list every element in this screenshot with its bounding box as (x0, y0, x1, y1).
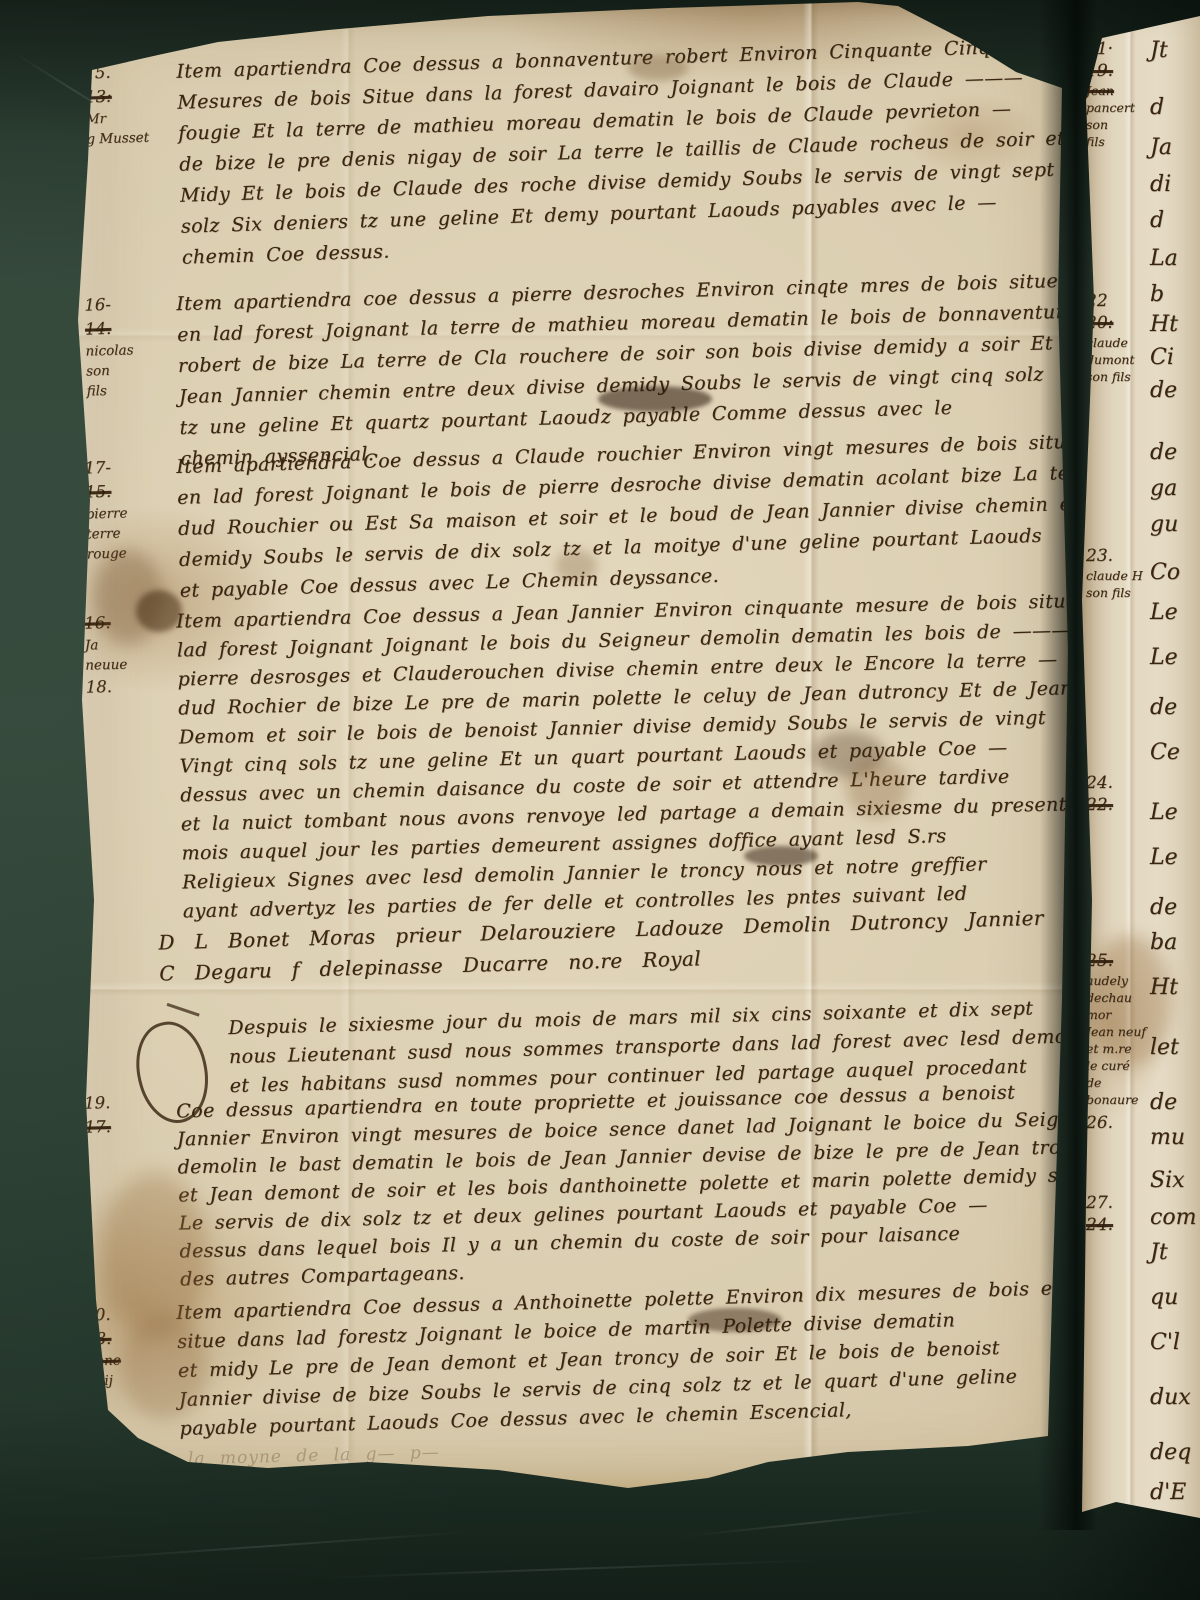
margin-note: 15. (84, 59, 175, 86)
margin-notes: 26. (1086, 1112, 1156, 1134)
cutoff-text-fragment: de (1150, 440, 1177, 465)
margin-note: 16- (84, 291, 175, 317)
margin-notes: 16.Janeuue18. (84, 610, 176, 700)
table-scratch (681, 1508, 940, 1537)
margin-note: son fils (1086, 584, 1156, 601)
margin-notes: 24.22. (1086, 772, 1156, 816)
margin-note: fils (86, 379, 176, 401)
margin-note: neuue (85, 654, 175, 676)
cutoff-text-fragment: Ci (1150, 345, 1174, 370)
margin-note: 22 (1086, 290, 1156, 312)
margin-note: Anne (85, 1349, 176, 1372)
manuscript-page-content: 15.13:Mrg MussetItem apartiendra Coe des… (68, 0, 1072, 1497)
cutoff-text-fragment: d (1150, 95, 1164, 120)
cutoff-text-fragment: de (1150, 378, 1177, 403)
cutoff-text-fragment: d (1150, 208, 1164, 233)
margin-notes: 17-15.pierreterrerouge (84, 454, 177, 564)
margin-note: Mr (85, 107, 176, 130)
cutoff-text-fragment: deq (1150, 1440, 1191, 1465)
entry-body: Item apartiendra Coe dessus a Jean Janni… (176, 587, 1079, 926)
margin-note: Mlij (86, 1369, 177, 1392)
manuscript-page: 15.13:Mrg MussetItem apartiendra Coe des… (68, 0, 1072, 1497)
cutoff-text-fragment: di (1150, 172, 1171, 197)
margin-note: et m.re (1086, 1040, 1156, 1057)
margin-note: terre (86, 522, 177, 545)
margin-notes: 27.24. (1086, 1192, 1156, 1236)
cutoff-text-fragment: dux (1150, 1385, 1191, 1410)
cutoff-text-fragment: let (1150, 1035, 1179, 1060)
margin-note: 20. (84, 1301, 175, 1328)
margin-note: 20: (1086, 312, 1156, 334)
manuscript-entry: 19.17.Coe dessus apartiendra en toute pr… (68, 1077, 1076, 1296)
margin-note: claude H (1086, 567, 1156, 584)
margin-notes: 25.audelydechau morJean neufet m.rele cu… (1086, 950, 1156, 1108)
margin-note: 15. (85, 478, 176, 505)
margin-note: fils (1086, 133, 1156, 150)
margin-note: 14. (85, 315, 176, 341)
cutoff-text-fragment: gu (1150, 512, 1178, 537)
cutoff-text-fragment: qu (1150, 1285, 1178, 1310)
margin-note: 24. (1086, 1214, 1156, 1236)
manuscript-entry: 20.18.AnneMlijItem apartiendra Coe dessu… (68, 1274, 1076, 1447)
margin-note: Ja (85, 634, 175, 656)
cutoff-text-fragment: com (1150, 1205, 1196, 1230)
margin-note: pierre (85, 502, 176, 525)
entry-body: Item apartiendra Coe dessus a Anthoinett… (176, 1274, 1076, 1444)
cutoff-text-fragment: d'E (1150, 1480, 1186, 1505)
manuscript-entry: 15.13:Mrg MussetItem apartiendra Coe des… (68, 30, 1078, 277)
margin-note: de bonaure (1086, 1074, 1156, 1108)
margin-notes: 19.17. (84, 1090, 175, 1140)
cutoff-text-fragment: ga (1150, 476, 1177, 501)
margin-note: Jean (1086, 82, 1156, 99)
margin-note: 27. (1086, 1192, 1156, 1214)
margin-note: le curé (1086, 1057, 1156, 1074)
margin-note: 17. (84, 1114, 175, 1140)
cutoff-text-fragment: ba (1150, 930, 1177, 955)
margin-note: g Musset (86, 127, 177, 150)
margin-note: 25. (1086, 950, 1156, 972)
cutoff-text-fragment: C'l (1150, 1330, 1180, 1355)
margin-note: 16. (84, 610, 175, 636)
manuscript-entry: 16.Janeuue18.Item apartiendra Coe dessus… (68, 587, 1079, 929)
margin-notes: 20.18.AnneMlij (84, 1301, 176, 1391)
margin-note: son fils (1086, 368, 1156, 385)
cutoff-text-fragment: Le (1150, 645, 1178, 670)
cutoff-text-fragment: Ce (1150, 740, 1180, 765)
cutoff-text-fragment: Ht (1150, 312, 1178, 337)
cutoff-text-fragment: La (1150, 246, 1178, 271)
margin-note: 18. (85, 674, 176, 700)
entry-body: Item apartiendra Coe dessus a bonnaventu… (176, 30, 1078, 273)
cutoff-text-fragment: Le (1150, 800, 1178, 825)
margin-note: Jean neuf (1086, 1023, 1156, 1040)
margin-notes: 15.13:Mrg Musset (84, 59, 177, 150)
margin-notes: 23.claude Hson fils (1086, 545, 1156, 601)
next-page-edge: 21·19.Jeanpancertsonfils2220:claudedumon… (1076, 0, 1200, 1600)
margin-note: rouge (87, 542, 178, 565)
margin-note: pancert (1086, 99, 1156, 116)
margin-note: 23. (1086, 545, 1156, 567)
cutoff-text-fragment: Co (1150, 560, 1180, 585)
margin-note: 19. (1086, 60, 1156, 82)
table-scratch (60, 1530, 479, 1561)
margin-notes: 16-14.nicolassonfils (84, 291, 177, 401)
margin-note: dechau mor (1086, 989, 1156, 1023)
cutoff-text-fragment: Jt (1150, 1240, 1168, 1265)
margin-note: 19. (84, 1090, 175, 1116)
manuscript-entry: 17-15.pierreterrerougeItem apartiendra C… (68, 427, 1076, 610)
margin-note: 26. (1086, 1112, 1156, 1134)
next-page-content: 21·19.Jeanpancertsonfils2220:claudedumon… (1076, 0, 1200, 1600)
margin-note: 22. (1086, 794, 1156, 816)
cutoff-text-fragment: b (1150, 282, 1164, 307)
margin-notes: 2220:claudedumontson fils (1086, 290, 1156, 385)
cutoff-text-fragment: de (1150, 1090, 1177, 1115)
margin-note: 17- (84, 454, 175, 481)
margin-note: audely (1086, 972, 1156, 989)
cutoff-text-fragment: Six (1150, 1168, 1185, 1193)
cutoff-text-fragment: de (1150, 695, 1177, 720)
cutoff-text-fragment: Ja (1150, 135, 1172, 160)
cutoff-text-fragment: mu (1150, 1125, 1185, 1150)
margin-note: claude (1086, 334, 1156, 351)
entry-body: Coe dessus apartiendra en toute propriet… (176, 1077, 1076, 1293)
margin-note: son (86, 359, 176, 381)
margin-note: 18. (85, 1325, 176, 1352)
margin-note: nicolas (85, 339, 175, 361)
margin-note: 24. (1086, 772, 1156, 794)
margin-note: 13: (85, 83, 176, 110)
cutoff-text-fragment: Le (1150, 845, 1178, 870)
margin-note: son (1086, 116, 1156, 133)
cutoff-text-fragment: Ht (1150, 975, 1178, 1000)
margin-note: dumont (1086, 351, 1156, 368)
cutoff-text-fragment: Jt (1150, 38, 1168, 63)
entry-body: Item apartiendra Coe dessus a Claude rou… (176, 427, 1076, 607)
cutoff-text-fragment: Le (1150, 600, 1178, 625)
cutoff-text-fragment: de (1150, 895, 1177, 920)
desk-background: 15.13:Mrg MussetItem apartiendra Coe des… (0, 0, 1200, 1600)
table-scratch (320, 1559, 820, 1578)
